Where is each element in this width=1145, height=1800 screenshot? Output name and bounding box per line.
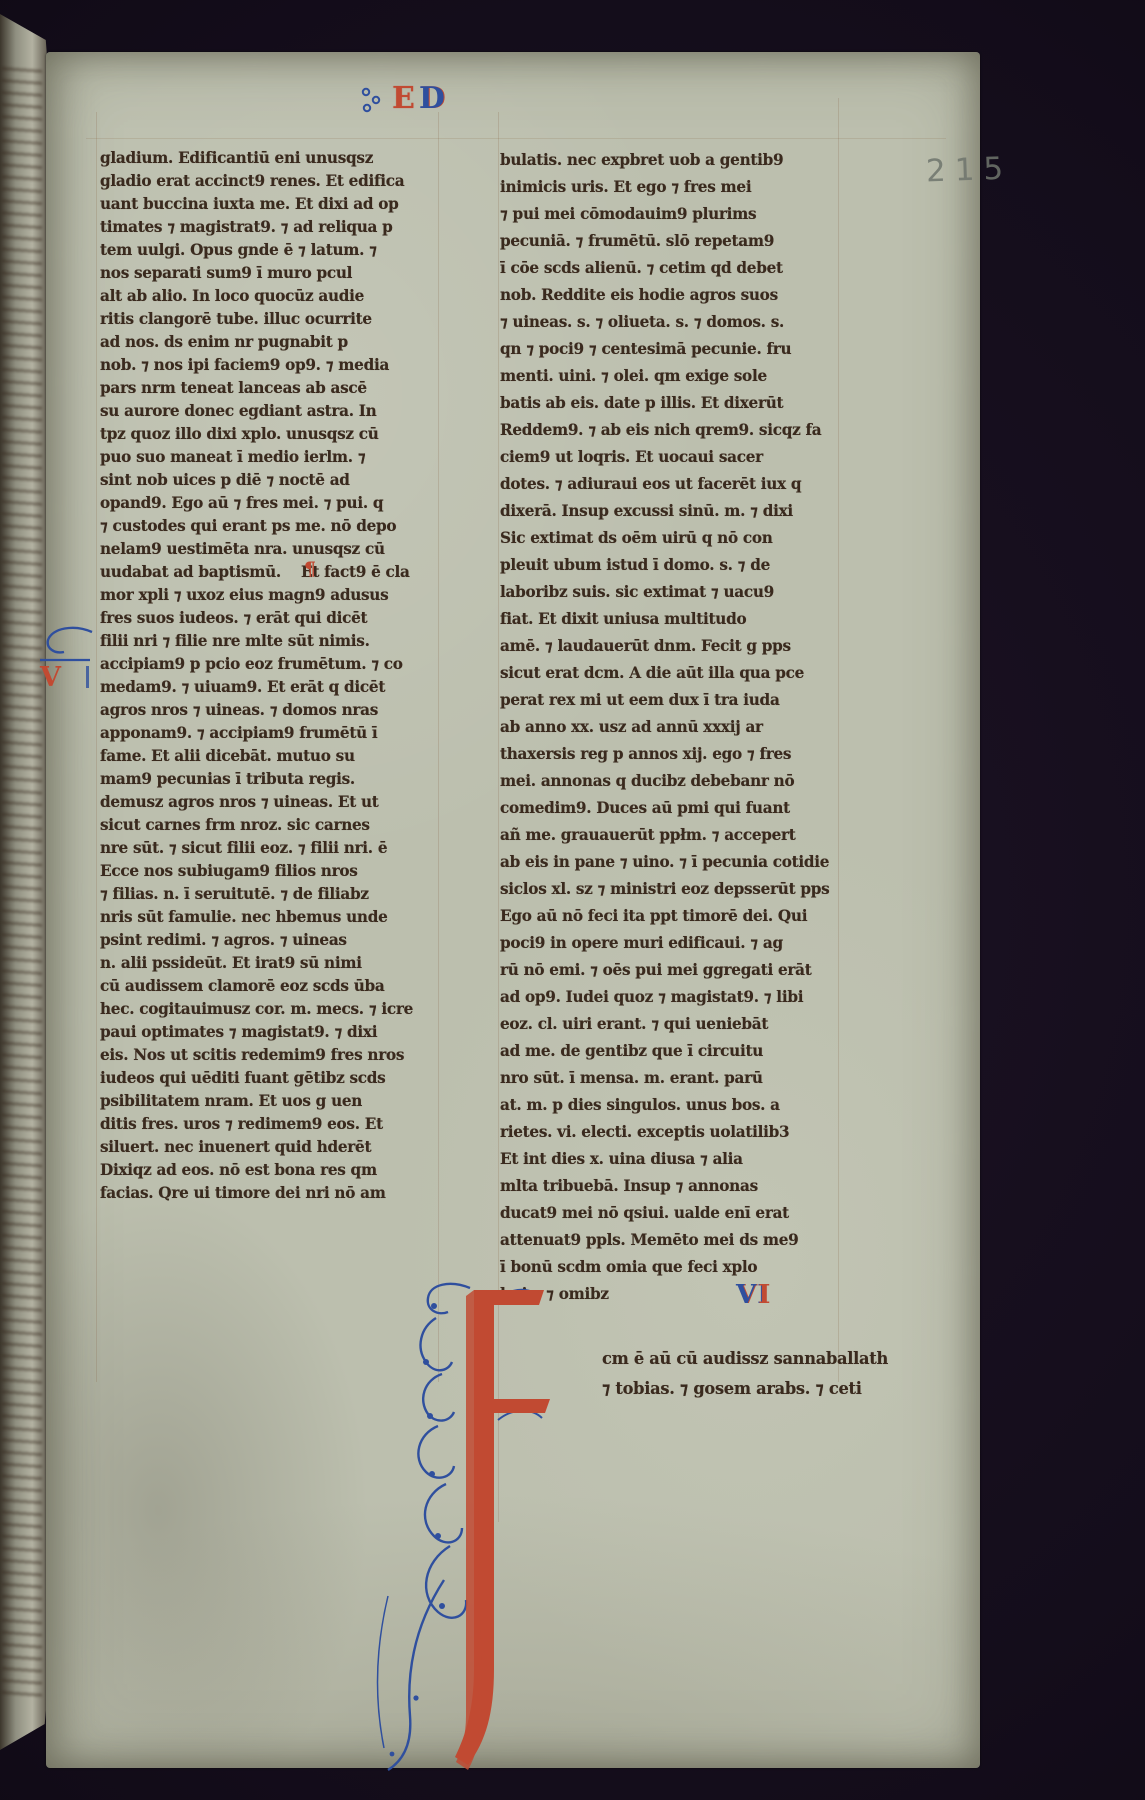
text-line: Dixiqz ad eos. nō est bona res qm xyxy=(100,1158,441,1181)
chapter-vi-letter-v: V xyxy=(736,1280,756,1310)
text-line: cm ē aū cū audissz sannaballath xyxy=(602,1344,888,1374)
text-line: inimicis uris. Et ego ⁊ fres mei xyxy=(500,173,841,200)
paraph-icon: ¶ xyxy=(304,560,316,579)
text-line: uudabat ad baptismū. Et fact9 ē cla xyxy=(100,560,441,583)
text-line: ad me. de gentibz que ī circuitu xyxy=(500,1037,841,1064)
text-line: mei. annonas q ducibz debebanr nō xyxy=(500,767,841,794)
text-line: mam9 pecunias ī tributa regis. xyxy=(100,767,441,790)
folio-number: 215 xyxy=(925,151,1012,190)
text-line: opand9. Ego aū ⁊ fres mei. ⁊ pui. q xyxy=(100,491,441,514)
flourish-dots-icon xyxy=(358,82,388,116)
text-line: ditis fres. uros ⁊ redimem9 eos. Et xyxy=(100,1112,441,1135)
text-line: nob. ⁊ nos ipi faciem9 op9. ⁊ media xyxy=(100,353,441,376)
text-line: hec. cogitauimusz cor. m. mecs. ⁊ icre xyxy=(100,997,441,1020)
text-line: facias. Qre ui timore dei nri nō am xyxy=(100,1181,441,1204)
text-line: nro sūt. ī mensa. m. erant. parū xyxy=(500,1064,841,1091)
chapter-vi-mark: V I xyxy=(736,1280,770,1310)
text-line: fiat. Et dixit uniusa multitudo xyxy=(500,605,841,632)
text-line: nelam9 uestimēta nra. unusqsz cū xyxy=(100,537,441,560)
decorated-initial-F-icon xyxy=(346,1274,558,1774)
text-line: siluert. nec inuenert quid hderēt xyxy=(100,1135,441,1158)
text-line: attenuat9 ppls. Memēto mei ds me9 xyxy=(500,1226,841,1253)
ruling-line-horizontal xyxy=(86,138,946,139)
text-line: ab eis in pane ⁊ uino. ⁊ ī pecunia cotid… xyxy=(500,848,841,875)
text-line: batis ab eis. date p illis. Et dixerūt xyxy=(500,389,841,416)
text-line: pars nrm teneat lanceas ab ascē xyxy=(100,376,441,399)
text-line: mlta tribuebā. Insup ⁊ annonas xyxy=(500,1172,841,1199)
text-line: su aurore donec egdiant astra. In xyxy=(100,399,441,422)
text-line: medam9. ⁊ uiuam9. Et erāt q dicēt xyxy=(100,675,441,698)
text-line: puo suo maneat ī medio ierlm. ⁊ xyxy=(100,445,441,468)
text-line: thaxersis reg p annos xij. ego ⁊ fres xyxy=(500,740,841,767)
text-line: demusz agros nros ⁊ uineas. Et ut xyxy=(100,790,441,813)
running-title: E D xyxy=(358,82,445,116)
text-line: perat rex mi ut eem dux ī tra iuda xyxy=(500,686,841,713)
facing-page-edge xyxy=(0,14,52,1750)
text-line: rietes. vi. electi. exceptis uolatilib3 xyxy=(500,1118,841,1145)
running-title-letter-blue: D xyxy=(419,84,445,114)
text-line: nob. Reddite eis hodie agros suos xyxy=(500,281,841,308)
photo-backdrop: { "folio_number": "215", "running_title"… xyxy=(0,0,1145,1800)
text-line: eis. Nos ut scitis redemim9 fres nros xyxy=(100,1043,441,1066)
text-line: alt ab alio. In loco quocūz audie xyxy=(100,284,441,307)
text-line: qn ⁊ poci9 ⁊ centesimā pecunie. fru xyxy=(500,335,841,362)
text-line: amē. ⁊ laudauerūt dnm. Fecit g pps xyxy=(500,632,841,659)
text-line: n. alii pssideūt. Et irat9 sū nimi xyxy=(100,951,441,974)
chapter-v-margin-mark: V xyxy=(34,626,100,706)
text-line: sicut erat dcm. A die aūt illa qua pce xyxy=(500,659,841,686)
text-line: ab anno xx. usz ad annū xxxij ar xyxy=(500,713,841,740)
text-line: agros nros ⁊ uineas. ⁊ domos nras xyxy=(100,698,441,721)
text-line: fame. Et alii dicebāt. mutuo su xyxy=(100,744,441,767)
facing-page-blurred-text xyxy=(2,66,42,1698)
manuscript-page: E D 215 gladium. Edificantiū eni unusqsz… xyxy=(46,52,980,1768)
text-line: dotes. ⁊ adiuraui eos ut facerēt iux q xyxy=(500,470,841,497)
text-line: ducat9 mei nō qsiui. ualde enī erat xyxy=(500,1199,841,1226)
text-line: psibilitatem nram. Et uos g uen xyxy=(100,1089,441,1112)
text-line: ad op9. Iudei quoz ⁊ magistat9. ⁊ libi xyxy=(500,983,841,1010)
text-line: ⁊ custodes qui erant ps me. nō depo xyxy=(100,514,441,537)
text-line: sicut carnes frm nroz. sic carnes xyxy=(100,813,441,836)
text-line: ⁊ pui mei cōmodauim9 plurims xyxy=(500,200,841,227)
text-line: Et int dies x. uina diusa ⁊ alia xyxy=(500,1145,841,1172)
text-line: gladio erat accinct9 renes. Et edifica xyxy=(100,169,441,192)
text-column-right: bulatis. nec expbret uob a gentib9inimic… xyxy=(500,146,846,1307)
text-line: pleuit ubum istud ī domo. s. ⁊ de xyxy=(500,551,841,578)
text-line: ⁊ filias. n. ī seruitutē. ⁊ de filiabz xyxy=(100,882,441,905)
text-line: siclos xl. sz ⁊ ministri eoz depsserūt p… xyxy=(500,875,841,902)
text-line: mor xpli ⁊ uxoz eius magn9 adusus xyxy=(100,583,441,606)
text-line: apponam9. ⁊ accipiam9 frumētū ī xyxy=(100,721,441,744)
text-line: cū audissem clamorē eoz scds ūba xyxy=(100,974,441,997)
text-line: ⁊ tobias. ⁊ gosem arabs. ⁊ ceti xyxy=(602,1374,888,1404)
text-line: nris sūt famulie. nec hbemus unde xyxy=(100,905,441,928)
text-line: ritis clangorē tube. illuc ocurrite xyxy=(100,307,441,330)
text-line: timates ⁊ magistrat9. ⁊ ad reliqua p xyxy=(100,215,441,238)
text-line: bulatis. nec expbret uob a gentib9 xyxy=(500,146,841,173)
text-line: Ecce nos subiugam9 filios nros xyxy=(100,859,441,882)
text-line: iudeos qui uēditi fuant gētibz scds xyxy=(100,1066,441,1089)
text-line: Reddem9. ⁊ ab eis nich qrem9. sicqz fa xyxy=(500,416,841,443)
text-line: pecuniā. ⁊ frumētū. slō repetam9 xyxy=(500,227,841,254)
text-line: uant buccina iuxta me. Et dixi ad op xyxy=(100,192,441,215)
text-line: fres suos iudeos. ⁊ erāt qui dicēt xyxy=(100,606,441,629)
text-line: psint redimi. ⁊ agros. ⁊ uineas xyxy=(100,928,441,951)
text-line: ⁊ uineas. s. ⁊ oliueta. s. ⁊ domos. s. xyxy=(500,308,841,335)
text-line: eoz. cl. uiri erant. ⁊ qui ueniebāt xyxy=(500,1010,841,1037)
text-line: accipiam9 p pcio eoz frumētum. ⁊ co xyxy=(100,652,441,675)
running-title-letter-red: E xyxy=(392,84,415,114)
chapter-v-flourish-icon xyxy=(34,626,100,666)
text-line: sint nob uices p diē ⁊ noctē ad xyxy=(100,468,441,491)
text-line: ī cōe scds alienū. ⁊ cetim qd debet xyxy=(500,254,841,281)
text-line: Sic extimat ds oēm uirū q nō con xyxy=(500,524,841,551)
text-line: paui optimates ⁊ magistat9. ⁊ dixi xyxy=(100,1020,441,1043)
text-line: poci9 in opere muri edificaui. ⁊ ag xyxy=(500,929,841,956)
text-line: añ me. grauauerūt ppłm. ⁊ accepert xyxy=(500,821,841,848)
text-line: tpz quoz illo dixi xplo. unusqsz cū xyxy=(100,422,441,445)
chapter-v-blue-bar xyxy=(86,666,89,688)
text-line: nre sūt. ⁊ sicut filii eoz. ⁊ filii nri.… xyxy=(100,836,441,859)
text-line: laboribz suis. sic extimat ⁊ uacu9 xyxy=(500,578,841,605)
text-line: at. m. p dies singulos. unus bos. a xyxy=(500,1091,841,1118)
text-line: ciem9 ut loqris. Et uocaui sacer xyxy=(500,443,841,470)
text-column-left: gladium. Edificantiū eni unusqszgladio e… xyxy=(100,146,446,1204)
chapter-six-lines: cm ē aū cū audissz sannaballath⁊ tobias.… xyxy=(602,1344,892,1404)
chapter-v-letter: V xyxy=(40,664,63,691)
text-line: filii nri ⁊ filie nre mlte sūt nimis. xyxy=(100,629,441,652)
text-line: ad nos. ds enim nr pugnabit p xyxy=(100,330,441,353)
ruling-line-vertical xyxy=(96,112,97,1382)
text-line: rū nō emi. ⁊ oēs pui mei ggregati erāt xyxy=(500,956,841,983)
text-line: nos separati sum9 ī muro pcul xyxy=(100,261,441,284)
text-line: tem uulgi. Opus gnde ē ⁊ latum. ⁊ xyxy=(100,238,441,261)
text-line: dixerā. Insup excussi sinū. m. ⁊ dixi xyxy=(500,497,841,524)
text-line: comedim9. Duces aū pmi qui fuant xyxy=(500,794,841,821)
text-line: menti. uini. ⁊ olei. qm exige sole xyxy=(500,362,841,389)
chapter-vi-letter-i: I xyxy=(758,1280,770,1310)
text-line: Ego aū nō feci ita ppt timorē dei. Qui xyxy=(500,902,841,929)
text-line: gladium. Edificantiū eni unusqsz xyxy=(100,146,441,169)
